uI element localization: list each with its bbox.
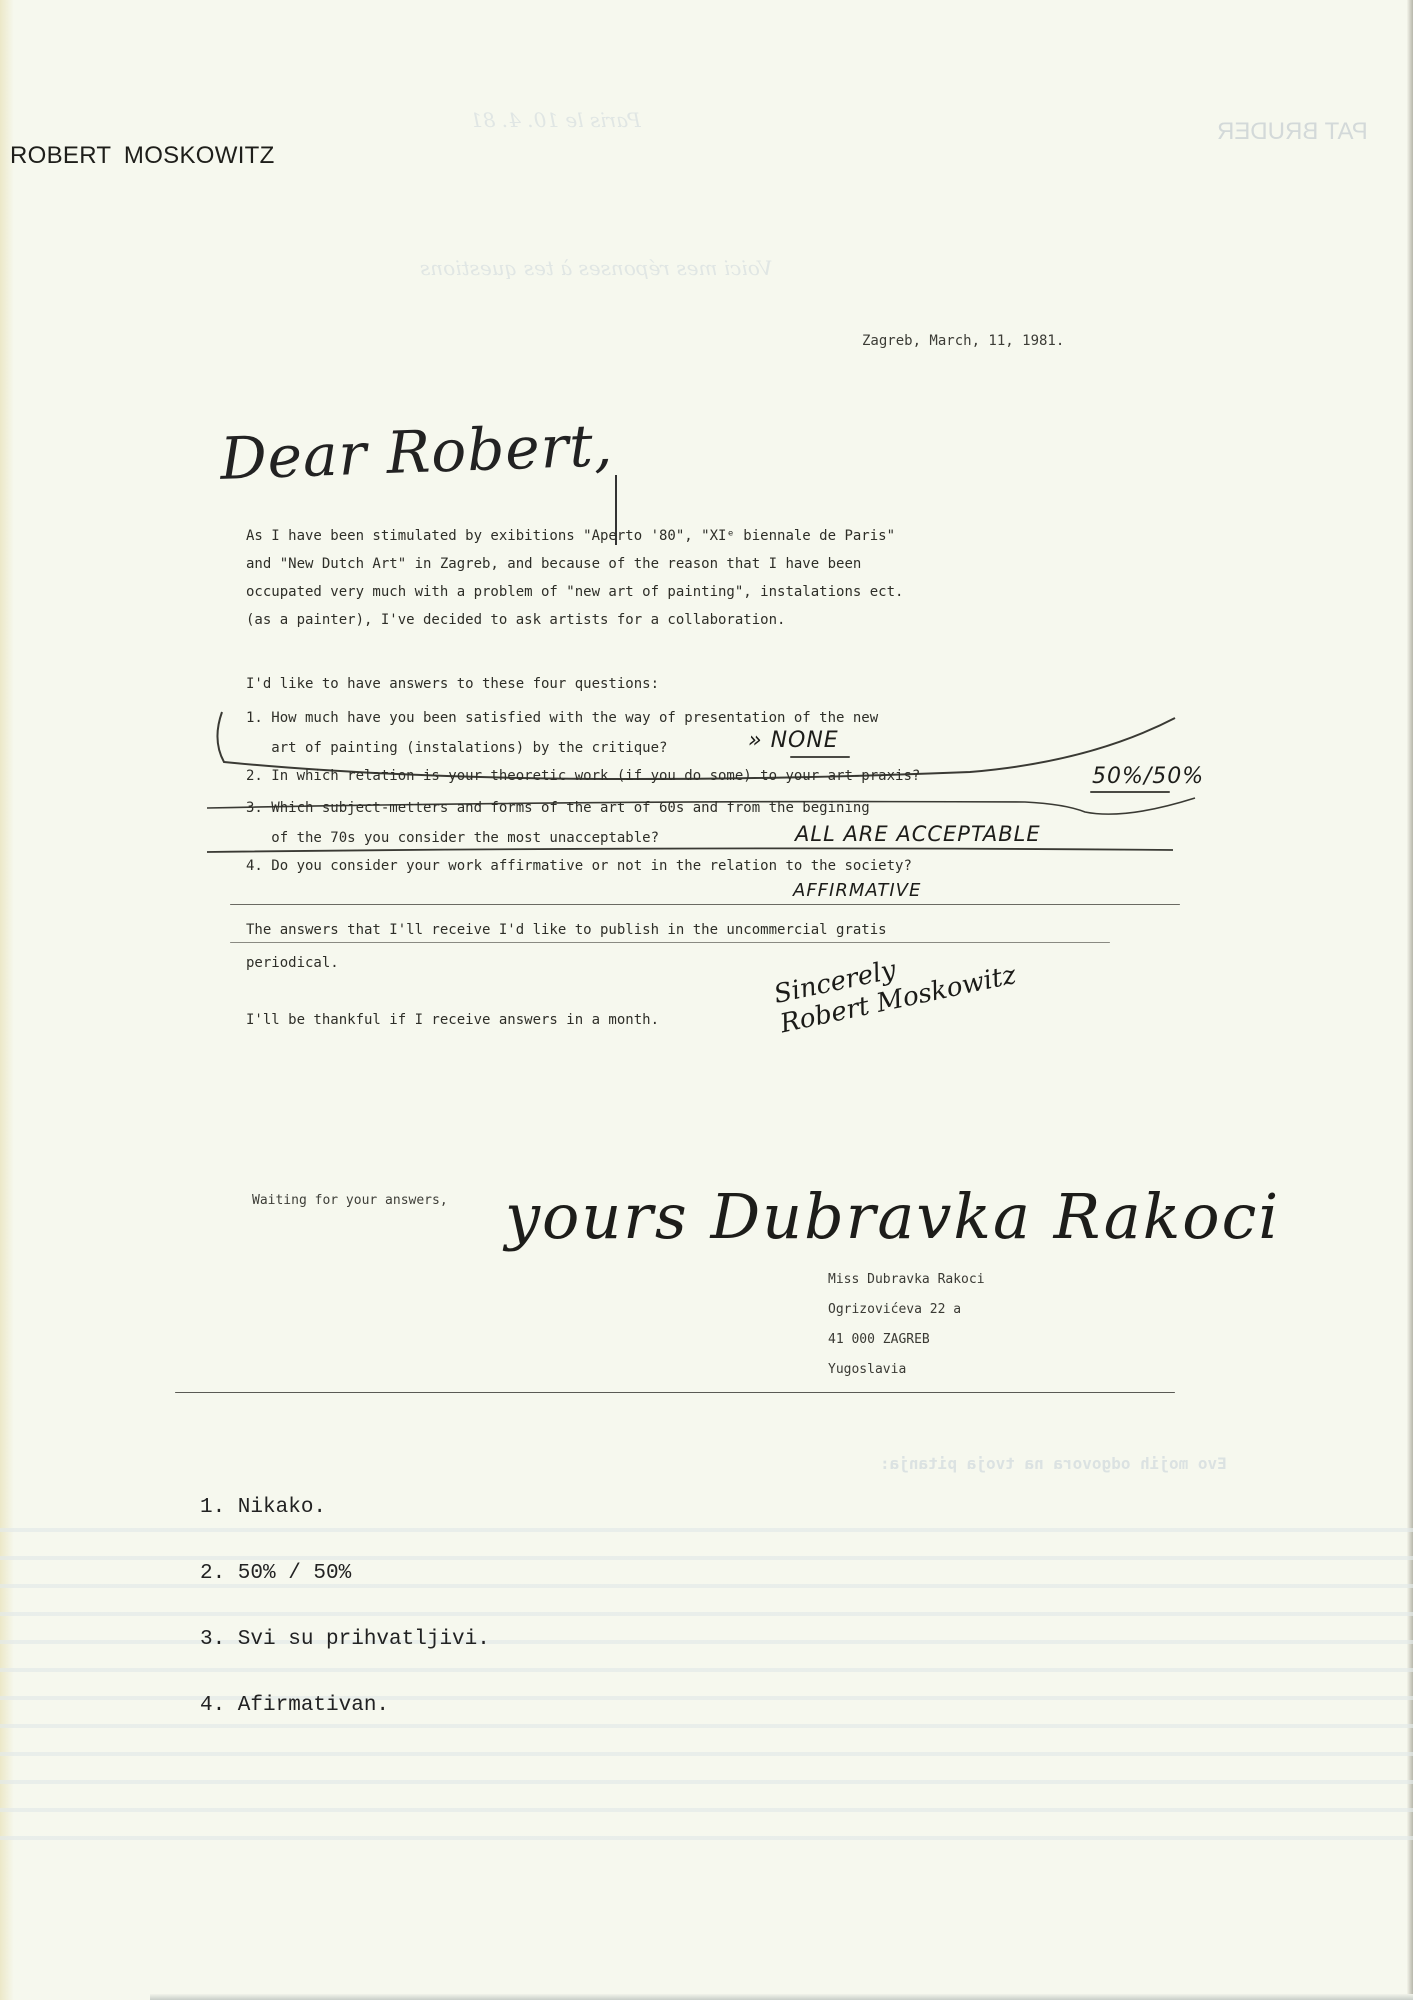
bleed-typed-intro: Evo mojih odgovora na tvoja pitanja: [880, 1450, 1227, 1478]
publish-line-2: periodical. [246, 955, 339, 971]
intro-line: occupated very much with a problem of "n… [246, 578, 903, 606]
letter-date: Zagreb, March, 11, 1981. [862, 333, 1064, 349]
handwritten-signoff: Sincerely Robert Moskowitz [771, 931, 1018, 1040]
publish-line-1: The answers that I'll receive I'd like t… [246, 922, 887, 938]
address-line: Yugoslavia [828, 1355, 985, 1385]
mirrored-header-bleed: PAT BRUDER [1217, 118, 1368, 146]
question-4-line-1: 4. Do you consider your work affirmative… [246, 858, 912, 874]
handwritten-salutation: Dear Robert, [219, 411, 614, 493]
paper-edge-bottom [150, 1994, 1413, 2000]
address-line: Ogrizovićeva 22 a [828, 1295, 985, 1325]
intro-line: As I have been stimulated by exibitions … [246, 522, 903, 550]
bleed-handwritten-date: Paris le 10. 4. 81 [470, 108, 641, 132]
typed-answer-1: 1. Nikako. [200, 1475, 490, 1541]
bleed-handwritten-line: Voici mes réponses à tes questions [420, 256, 772, 280]
closing-line: Waiting for your answers, [252, 1193, 448, 1208]
letterhead-name: ROBERT MOSKOWITZ [10, 142, 275, 170]
handwritten-answer-4: AFFIRMATIVE [793, 880, 921, 901]
intro-line: and "New Dutch Art" in Zagreb, and becau… [246, 550, 903, 578]
sender-address: Miss Dubravka Rakoci Ogrizovićeva 22 a 4… [828, 1265, 985, 1385]
sender-signature: yours Dubravka Rakoci [505, 1180, 1280, 1253]
thanks-line: I'll be thankful if I receive answers in… [246, 1012, 659, 1028]
typed-answer-4: 4. Afirmativan. [200, 1673, 490, 1739]
question-3-line-1: 3. Which subject-metters and forms of th… [246, 800, 870, 816]
typed-answer-2: 2. 50% / 50% [200, 1541, 490, 1607]
address-line: Miss Dubravka Rakoci [828, 1265, 985, 1295]
address-line: 41 000 ZAGREB [828, 1325, 985, 1355]
answer-3-underline-stroke [205, 840, 1185, 860]
answer-4-divider [230, 904, 1180, 905]
signature-divider [175, 1392, 1175, 1393]
intro-paragraph: As I have been stimulated by exibitions … [246, 522, 903, 634]
questions-intro: I'd like to have answers to these four q… [246, 670, 659, 698]
typed-answers: 1. Nikako. 2. 50% / 50% 3. Svi su prihva… [200, 1475, 490, 1739]
intro-line: (as a painter), I've decided to ask arti… [246, 606, 903, 634]
typed-answer-3: 3. Svi su prihvatljivi. [200, 1607, 490, 1673]
